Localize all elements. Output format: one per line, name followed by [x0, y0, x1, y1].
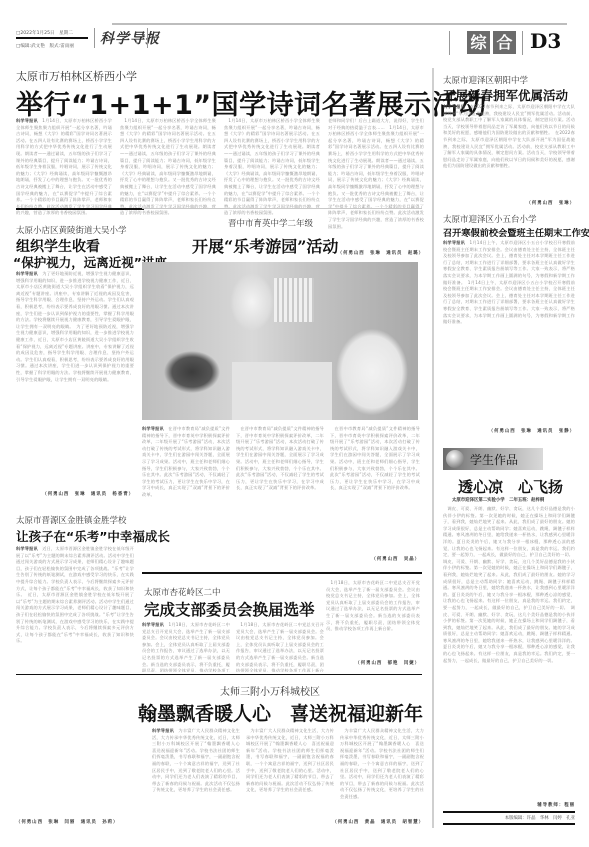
eye-lecture-body: 科学导报讯 为了更好地预防近视，增强学生视力健康意识，增强科学用眼的知识，进一步…	[16, 271, 134, 489]
new-year-col-3: 为丰富广大人民群众精神文化生活，大力传承中华优秀传统文化，近日，太师三附小万科城…	[340, 728, 424, 814]
footer-rule	[443, 811, 575, 813]
masthead-rule	[112, 23, 567, 25]
happy-exam-byline: （何勇山西 张琳 闫丽 通讯员 孙莉）	[16, 819, 134, 825]
photo-story-col-2: 在晋中市教育局“减负提质”文件精神的指导下，晋中市育英中学积极探索评价改革，二年…	[236, 426, 324, 566]
section-rule	[16, 674, 422, 675]
election-col-2: 1月18日，太原市杏花岭区二中党总支召开党员大会，选举产生了新一届支部委员会。会…	[236, 622, 324, 672]
photo-story-kicker: 晋中市育英中学二年级	[228, 217, 313, 229]
page-credits: 本版编辑：许晶 华林 闫婷 孔亚	[443, 815, 575, 821]
election-col-3: 1月18日，太原市杏花岭区二中党总支召开党员大会，选举产生了新一届支部委员会。会…	[326, 580, 420, 658]
student-works-body: 调皮、可爱、开朗、幽默、好学、贪玩，这几个美好品德是我的小伙伴小伊的标签。第一次…	[443, 506, 575, 800]
section-rule	[142, 208, 422, 209]
photo-story-headline: 开展“乐考游园”活动	[192, 234, 338, 257]
section-rule	[16, 208, 144, 210]
main-article-kicker: 太原市万柏林区桥西小学	[16, 68, 137, 84]
class-teachers-body: 科学导报讯 1月14日上午，太原市迎泽区小五台小学校召开寒假前校会暨班主任期末工…	[443, 240, 575, 426]
election-byline: （何勇山西 郁艳 闫婕）	[326, 660, 420, 666]
section-label-char: 合	[493, 31, 516, 54]
article-lead: 科学导报讯	[16, 118, 38, 123]
footer-rule	[443, 823, 575, 825]
new-year-byline: （何勇山西 黄晶 通讯员 胡智慧）	[320, 819, 424, 825]
globe-icon	[446, 450, 464, 468]
photo-story-byline: （何勇山西 吴晶）	[330, 556, 420, 562]
military-kicker: 太原市迎泽区朝阳中学	[443, 74, 528, 86]
new-year-kicker: 太师三附小万科城校区	[220, 683, 320, 698]
election-kicker: 太原市杏花岭区二中	[144, 586, 221, 598]
photo-story-col-1: 科学导报讯 在晋中市教育局“减负提质”文件精神的指导下，晋中市育英中学积极探索评…	[142, 426, 230, 566]
military-byline: （何勇山西 张琳）	[443, 200, 575, 206]
issue-date: □2022年1月25日 星期二	[16, 30, 73, 36]
class-teachers-kicker: 太原市迎泽区小五台小学	[443, 213, 537, 225]
newspaper-logo: 科学导报	[100, 28, 160, 48]
new-year-headline: 翰墨飘香暖人心 喜送祝福迎新年	[138, 699, 423, 726]
eye-lecture-kicker: 太原小店区黄陵街道大吴小学	[16, 224, 127, 236]
page-number: D3	[530, 29, 561, 53]
section-divider	[449, 31, 450, 55]
main-article-col-4: 老师和同学们！后台上霸道大方，说得好，学生们对于经典的热爱溢于言表…… 1月14…	[328, 118, 424, 250]
new-year-col-1: 科学导报讯 为丰富广大人民群众精神文化生活，大力传承中华优秀传统文化，近日，太师…	[152, 728, 240, 828]
happy-exam-kicker: 太原市晋源区金胜镇金胜学校	[16, 514, 127, 526]
editor-credit: □编辑:武文艳 版式:雷雨丽	[16, 43, 74, 49]
class-teachers-byline: （何勇山西 张琳 通讯员 张静）	[443, 428, 575, 434]
main-article-headline: 举行“1+1+1”国学诗词名著展示活动	[16, 83, 487, 122]
military-headline: 开展新春拥军优属活动	[443, 86, 568, 104]
photo-story-col-3: 在晋中市教育局“减负提质”文件精神的指导下，晋中市育英中学积极探索评价改革，二年…	[330, 426, 420, 552]
photo-detail	[232, 362, 332, 420]
election-col-1: 科学导报讯 1月18日，太原市杏花岭区二中党总支召开党员大会，选举产生了新一届支…	[142, 622, 230, 672]
eye-lecture-byline: （何勇山西 张琳 通讯员 杨香青）	[16, 491, 134, 497]
military-body: 科学导报讯 在2022春节到来之际，太原市迎泽区朝阳中学在大队部开展“军为国征战…	[443, 104, 575, 202]
class-teachers-headline: 召开寒假前校会暨班主任期末工作安排会	[443, 225, 589, 239]
article-photo	[142, 262, 418, 420]
student-works-title: 透心凉 心飞扬	[458, 476, 563, 497]
photo-detail	[274, 278, 314, 322]
column-border	[432, 68, 434, 828]
masthead-meta-rule	[16, 37, 88, 39]
section-divider	[522, 31, 523, 55]
student-works-label: 学生作品	[470, 451, 518, 468]
new-year-col-2: 为丰富广大人民群众精神文化生活，大力传承中华优秀传统文化，近日，太师三附小万科城…	[246, 728, 334, 828]
logo-divider	[147, 28, 148, 48]
student-works-author: 太原市迎泽区第二实验小学 二年五班：赵梓桐	[452, 497, 544, 503]
section-rule	[142, 572, 422, 574]
section-label-char: 综	[467, 31, 490, 54]
election-headline: 完成支部委员会换届选举	[144, 598, 315, 620]
student-works-advisor: 辅导教师：程丽	[443, 802, 575, 808]
logo-divider	[94, 28, 95, 48]
main-article-byline: （何勇山西 张琳 通讯员 赵璐）	[328, 250, 424, 256]
